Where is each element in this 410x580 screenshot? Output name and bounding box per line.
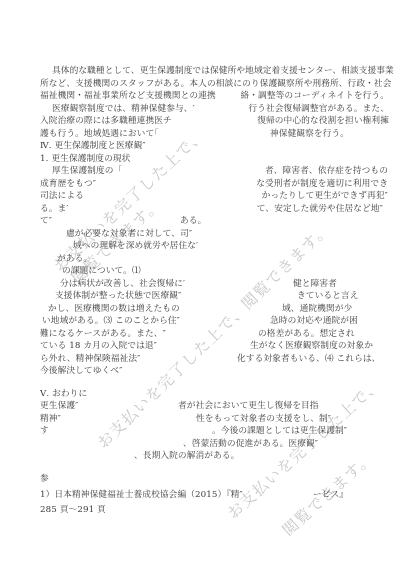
text-fragment: 者が社会において更生し復帰を目指 (178, 401, 319, 412)
text-fragment: る。ま′ (40, 204, 68, 215)
text-fragment: て、安定した就労や住居など地″ (257, 204, 383, 215)
text-line: 、啓蒙活動の促進がある。医療観″ (0, 439, 410, 451)
text-line: 司法によるかったりして更生ができず再犯″ (0, 191, 410, 203)
text-fragment: 、長期入院の解消がある。 (134, 451, 239, 462)
text-line: 成育歴をもつ″な受刑者が制度を適切に利用でき (0, 179, 410, 191)
text-fragment: す (40, 426, 49, 437)
text-line: 護も行う。地域処遇において｢神保健観察を行う。 (0, 129, 410, 141)
text-fragment: 復帰の中心的な役割を担い権利擁 (257, 116, 389, 127)
text-fragment: 285 頁～291 頁 (40, 505, 106, 516)
text-fragment: 神保健観察を行う。 (270, 129, 349, 140)
text-fragment: 難になるケースがある。また、″ (40, 329, 166, 340)
text-fragment: な受刑者が制度を適切に利用でき (256, 179, 388, 190)
text-fragment: 支援体制が整った状態で医療観″ (55, 291, 181, 302)
text-line: 福祉機関・福祉事業所など支援機関との連携絡・調整等のコーディネイトを行う。 (0, 91, 410, 103)
text-line: 厚生保護制度の「者、障害者、依存症を持つもの (0, 166, 410, 178)
text-line: 具体的な職種として、更生保護制度では保健所や地域定着支援センター、相談支援事業 (0, 66, 410, 78)
text-fragment: 所など、支援機関のスタッフがある。本人の相談にのり保護観察所や刑務所、行政・社会 (40, 79, 392, 90)
text-fragment: かし、医療機関の数は増えたもの (48, 304, 180, 315)
text-fragment: 域への理解を深め就労や居住な′ (73, 241, 198, 252)
text-line: Ⅴ. おわりに (0, 389, 410, 401)
text-fragment: ある。 (180, 216, 206, 227)
text-line: かし、医療機関の数は増えたもの域、通院機関が少 (0, 304, 410, 316)
text-fragment: 、啓蒙活動の促進がある。医療観″ (183, 439, 318, 450)
text-line: す。今後の課題としては更生保護制″ (0, 426, 410, 438)
text-line: 285 頁～291 頁 (0, 505, 410, 517)
text-line: 精神″性をもって対象者の支援をし、制″ (0, 414, 410, 426)
text-fragment: 行う社会復帰調整官がある。また、 (248, 104, 389, 115)
text-fragment: 性をもって対象者の支援をし、制″ (196, 414, 331, 425)
text-fragment: 健と障害者 (293, 279, 337, 290)
text-line: て″ある。 (0, 216, 410, 228)
text-line: 1. 更生保護制度の現状 (0, 154, 410, 166)
text-line: 慮が必要な対象者に対して、司″ (0, 229, 410, 241)
text-line: 1）日本精神保健福祉士養成校協会編（2015）『精″ービス』 (0, 490, 410, 502)
text-fragment: 生がなく医療観察制度の対象か (250, 341, 373, 352)
text-line: 分は病状が改善し、社会復帰に′健と障害者 (0, 279, 410, 291)
text-line: の課題について。⑴ (0, 266, 410, 278)
text-fragment: ている 18 カ月の入院では退″ (40, 341, 157, 352)
text-fragment: 。今後の課題としては更生保護制″ (212, 426, 347, 437)
text-fragment: 絡・調整等のコーディネイトを行う。 (240, 91, 389, 102)
text-line: 、長期入院の解消がある。 (0, 451, 410, 463)
text-fragment: 1）日本精神保健福祉士養成校協会編（2015）『精″ (40, 490, 243, 501)
text-line: がある。 (0, 254, 410, 266)
text-line: る。ま′て、安定した就労や住居など地″ (0, 204, 410, 216)
text-line: い地域がある。⑶ このことから住″急時の対応や通院が困 (0, 316, 410, 328)
text-fragment: 成育歴をもつ″ (40, 179, 96, 190)
text-fragment: 域、通院機関が少 (282, 304, 352, 315)
text-fragment: 福祉機関・福祉事業所など支援機関との連携 (40, 91, 216, 102)
text-fragment: 具体的な職種として、更生保護制度では保健所や地域定着支援センター、相談支援事業 (52, 66, 394, 77)
text-fragment: 厚生保護制度の「 (52, 166, 122, 177)
text-fragment: 医療観察制度では、精神保健参与、′ (52, 104, 195, 115)
text-fragment: 司法による (40, 191, 84, 202)
text-line: 支援体制が整った状態で医療観″きていると言え (0, 291, 410, 303)
text-fragment: 更生保護″ (40, 401, 79, 412)
text-line: 難になるケースがある。また、″の格差がある。想定され (0, 329, 410, 341)
text-line: 参 (0, 474, 410, 486)
text-fragment: がある。 (57, 254, 92, 265)
text-fragment: ービス』 (313, 490, 348, 501)
text-fragment: の格差がある。想定され (258, 329, 355, 340)
text-line: ている 18 カ月の入院では退″生がなく医療観察制度の対象か (0, 341, 410, 353)
text-line: ら外れ、精神保険福祉法″化する対象者もいる、⑷ これらは、 (0, 354, 410, 366)
text-fragment: 1. 更生保護制度の現状 (40, 154, 130, 165)
text-fragment: 参 (40, 474, 49, 485)
document-page: お支払いを完了した上で、閲覧できます。お支払いを完了した上で、閲覧できます。お支… (0, 0, 410, 580)
text-fragment: 護も行う。地域処遇において｢ (40, 129, 159, 140)
text-line: 今後解決してゆくべ″ (0, 366, 410, 378)
text-line: 更生保護″者が社会において更生し復帰を目指 (0, 401, 410, 413)
text-fragment: て″ (40, 216, 52, 227)
text-fragment: い地域がある。⑶ このことから住″ (42, 316, 180, 327)
text-line: 医療観察制度では、精神保健参与、′行う社会復帰調整官がある。また、 (0, 104, 410, 116)
text-line: 域への理解を深め就労や居住な′ (0, 241, 410, 253)
text-fragment: Ⅴ. おわりに (40, 389, 87, 400)
text-fragment: 精神″ (40, 414, 61, 425)
text-fragment: 慮が必要な対象者に対して、司″ (66, 229, 192, 240)
text-line: Ⅳ. 更生保護制度と医療観″ (0, 141, 410, 153)
text-fragment: の課題について。⑴ (62, 266, 141, 277)
text-line: 入院治療の際には多職種連携医チ復帰の中心的な役割を担い権利擁 (0, 116, 410, 128)
text-fragment: かったりして更生ができず再犯″ (262, 191, 388, 202)
text-fragment: 今後解決してゆくべ″ (40, 366, 122, 377)
text-fragment: きていると言え (297, 291, 359, 302)
text-fragment: 者、障害者、依存症を持つもの (265, 166, 388, 177)
text-fragment: 入院治療の際には多職種連携医チ (40, 116, 172, 127)
text-fragment: 急時の対応や通院が困 (270, 316, 358, 327)
text-fragment: Ⅳ. 更生保護制度と医療観″ (40, 141, 146, 152)
text-fragment: 分は病状が改善し、社会復帰に′ (60, 279, 185, 290)
text-fragment: ら外れ、精神保険福祉法″ (40, 354, 141, 365)
text-fragment: 化する対象者もいる、⑷ これらは、 (237, 354, 380, 365)
text-line: 所など、支援機関のスタッフがある。本人の相談にのり保護観察所や刑務所、行政・社会 (0, 79, 410, 91)
